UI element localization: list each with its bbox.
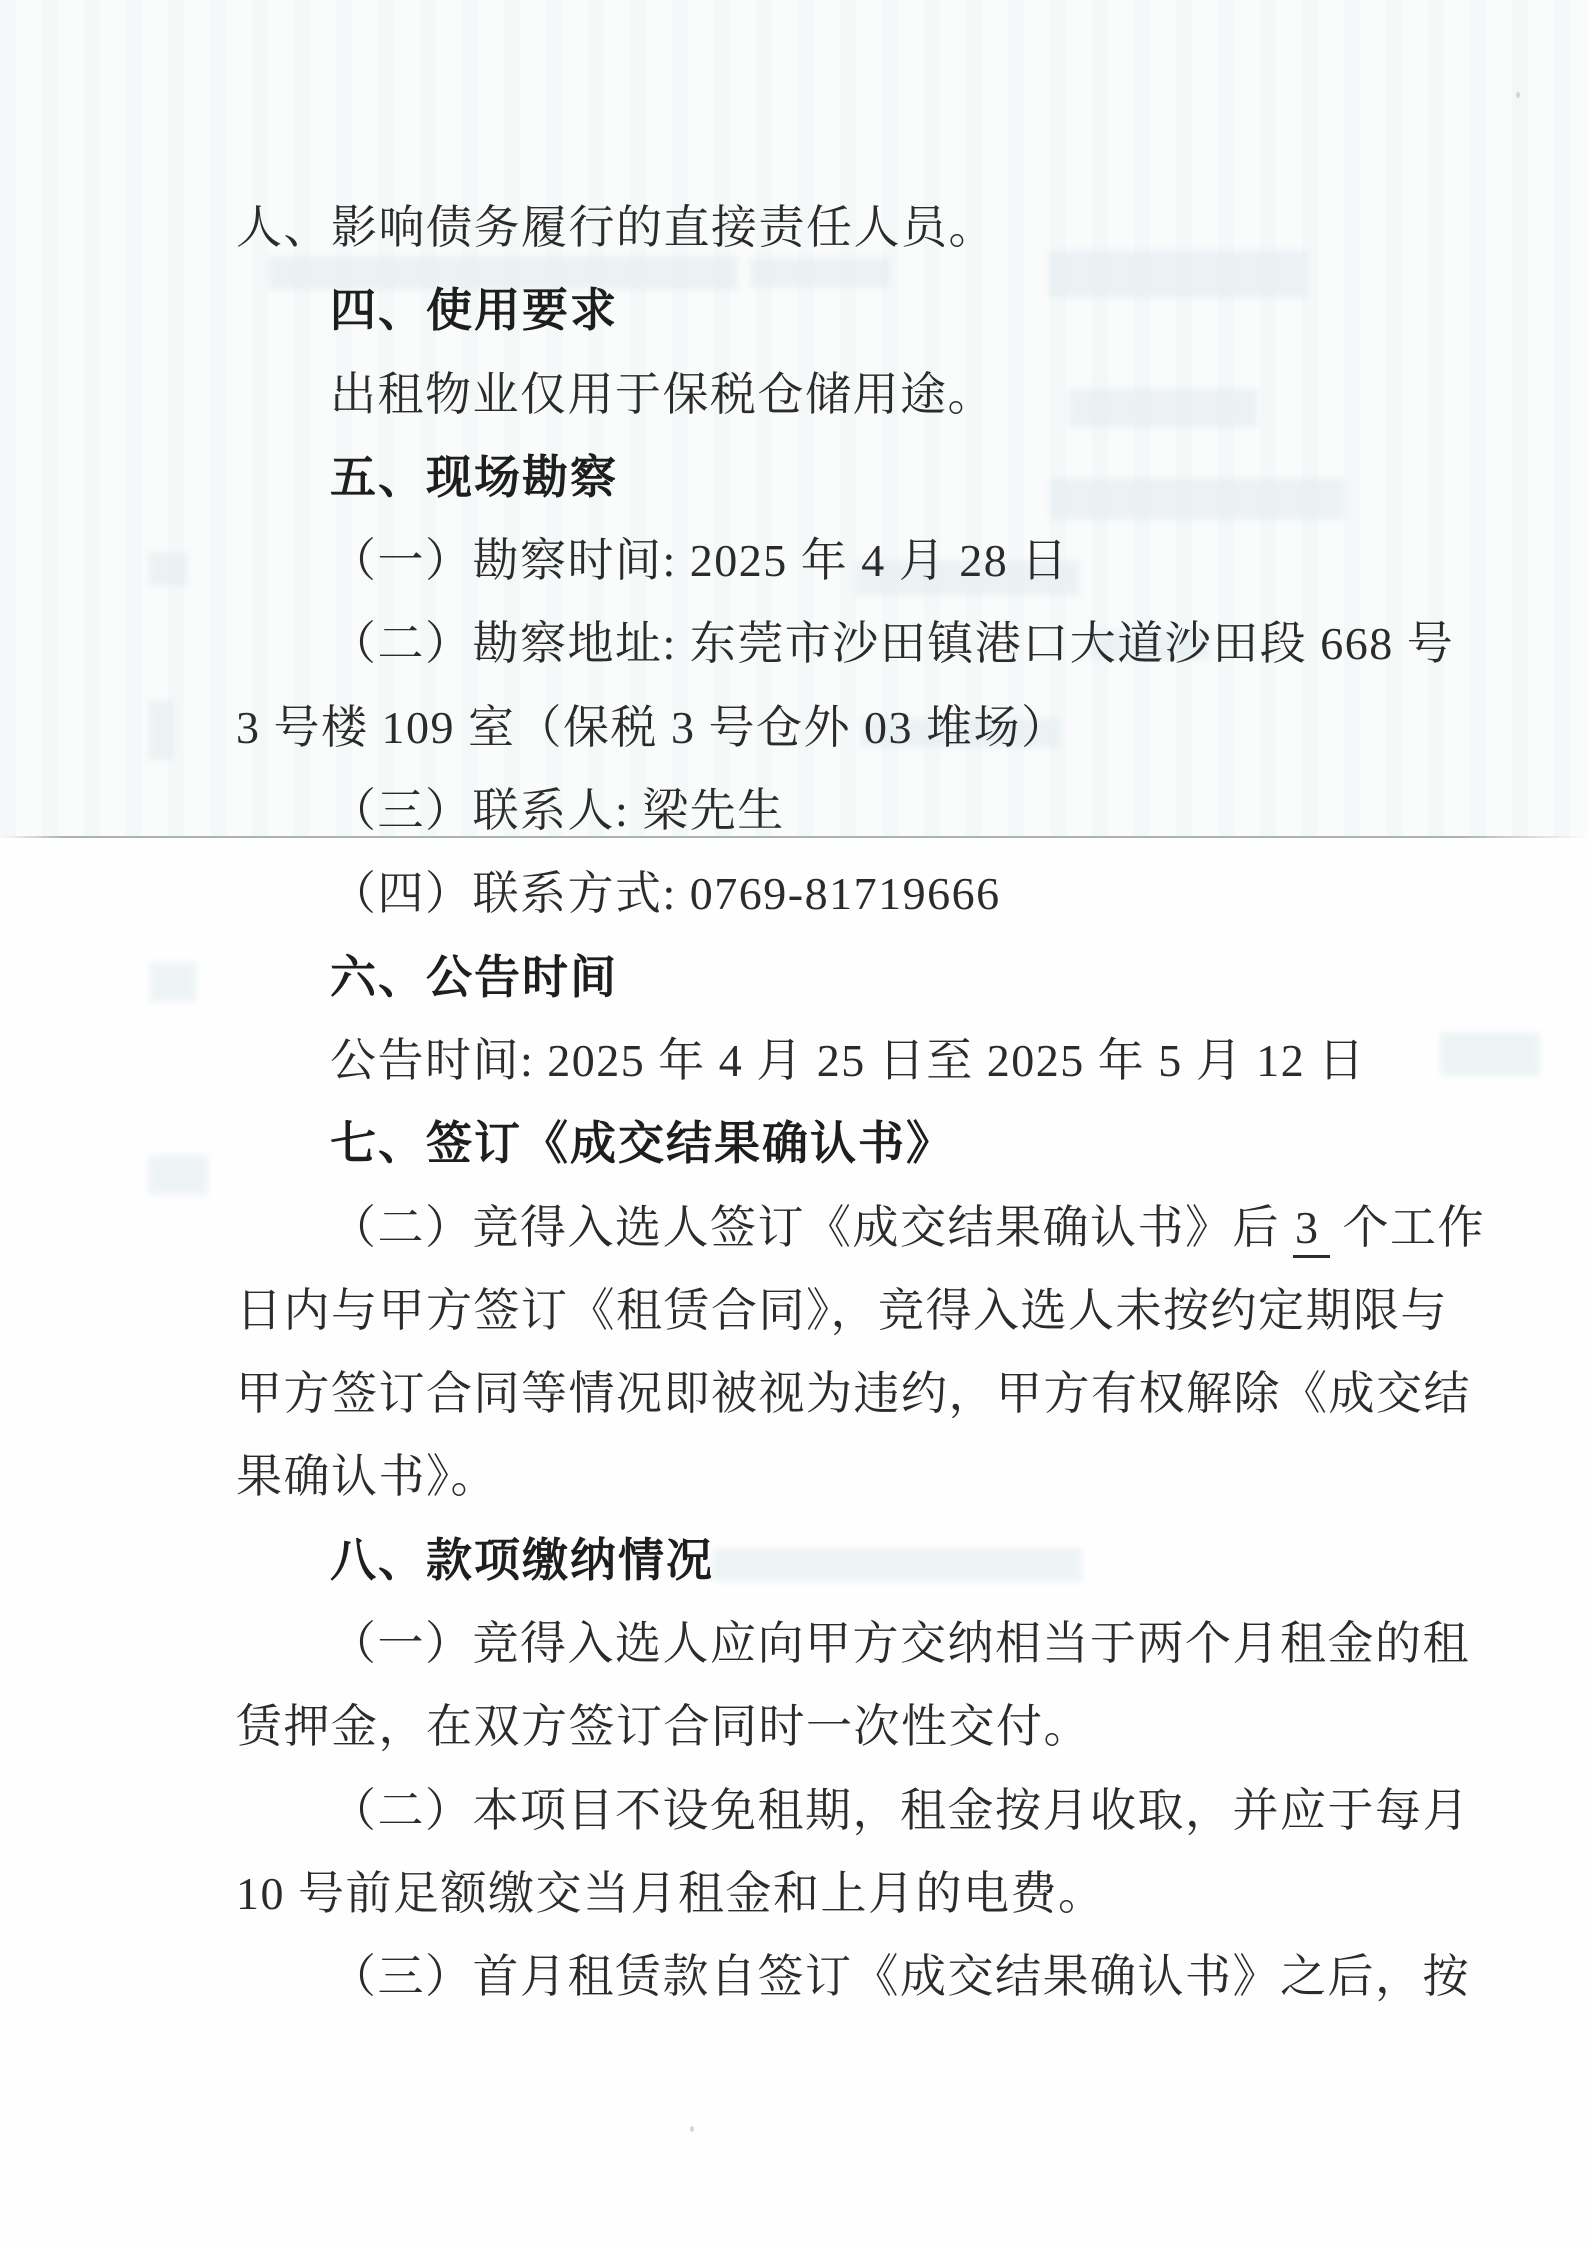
section-heading: 七、签订《成交结果确认书》	[236, 1102, 1588, 1185]
text-line: （二）竞得入选人签订《成交结果确认书》后 3 个工作	[236, 1186, 1588, 1269]
text-line: 10 号前足额缴交当月租金和上月的电费。	[236, 1852, 1588, 1935]
text-line: （二）勘察地址: 东莞市沙田镇港口大道沙田段 668 号	[236, 602, 1588, 685]
text-line: （二）本项目不设免租期，租金按月收取，并应于每月	[236, 1769, 1588, 1852]
text-segment: 个工作	[1330, 1202, 1486, 1253]
text-line: （四）联系方式: 0769-81719666	[236, 852, 1588, 935]
text-line: 出租物业仅用于保税仓储用途。	[236, 353, 1588, 436]
text-line: （三）联系人: 梁先生	[236, 769, 1588, 852]
section-heading: 四、使用要求	[236, 269, 1588, 352]
text-line: 3 号楼 109 室（保税 3 号仓外 03 堆场）	[236, 686, 1588, 769]
text-line: （一）竞得入选人应向甲方交纳相当于两个月租金的租	[236, 1602, 1588, 1685]
text-segment: （二）竞得入选人签订《成交结果确认书》后	[330, 1202, 1293, 1253]
text-line: 日内与甲方签订《租赁合同》，竞得入选人未按约定期限与	[236, 1269, 1588, 1352]
text-line: 果确认书》。	[236, 1435, 1588, 1518]
text-line: 赁押金，在双方签订合同时一次性交付。	[236, 1685, 1588, 1768]
text-line: 公告时间: 2025 年 4 月 25 日至 2025 年 5 月 12 日	[236, 1019, 1588, 1102]
section-heading: 五、现场勘察	[236, 436, 1588, 519]
document-text-column: 人、影响债务履行的直接责任人员。四、使用要求出租物业仅用于保税仓储用途。五、现场…	[0, 0, 1588, 2019]
section-heading: 八、款项缴纳情况	[236, 1519, 1588, 1602]
scan-speck	[690, 2126, 694, 2132]
text-line: 人、影响债务履行的直接责任人员。	[236, 186, 1588, 269]
section-heading: 六、公告时间	[236, 936, 1588, 1019]
text-line: （三）首月租赁款自签订《成交结果确认书》之后，按	[236, 1935, 1588, 2018]
text-line: 甲方签订合同等情况即被视为违约，甲方有权解除《成交结	[236, 1352, 1588, 1435]
scanned-document-page: 人、影响债务履行的直接责任人员。四、使用要求出租物业仅用于保税仓储用途。五、现场…	[0, 0, 1588, 2245]
text-line: （一）勘察时间: 2025 年 4 月 28 日	[236, 519, 1588, 602]
underlined-number: 3	[1293, 1202, 1330, 1258]
